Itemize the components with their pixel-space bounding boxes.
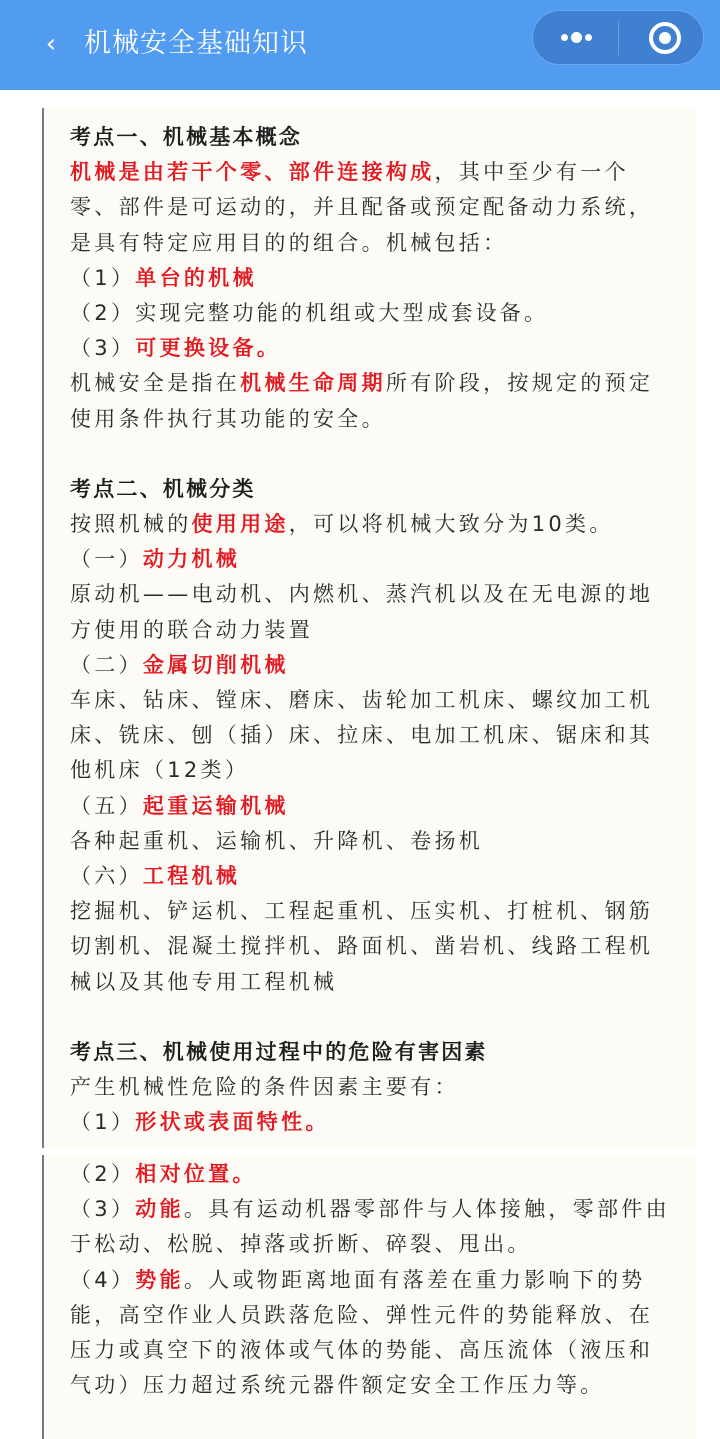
text-line: （2）相对位置。	[70, 1157, 690, 1192]
text-span: ，可以将机械大致分为10类。	[289, 512, 614, 536]
article-image-block-2: （2）相对位置。（3）动能。具有运动机器零部件与人体接触，零部件由于松动、松脱、…	[42, 1155, 696, 1439]
text-line: 按照机械的使用用途，可以将机械大致分为10类。	[70, 507, 690, 542]
text-span: 械以及其他专用工程机械	[70, 970, 337, 994]
text-line: 车床、钻床、镗床、磨床、齿轮加工机床、螺纹加工机	[70, 683, 690, 718]
text-line: 压力或真空下的液体或气体的势能、高压流体（液压和	[70, 1333, 690, 1368]
text-span: 挖掘机、铲运机、工程起重机、压实机、打桩机、钢筋	[70, 899, 653, 923]
text-span: 机械安全是指在	[70, 371, 240, 395]
text-span: （3）	[70, 1197, 135, 1221]
text-line: 气功）压力超过系统元器件额定安全工作压力等。	[70, 1368, 690, 1403]
text-span: （1）	[70, 1110, 135, 1134]
article-image-block-1: 考点一、机械基本概念机械是由若干个零、部件连接构成，其中至少有一个零、部件是可运…	[42, 108, 696, 1148]
article-text: 考点一、机械基本概念机械是由若干个零、部件连接构成，其中至少有一个零、部件是可运…	[70, 120, 690, 1140]
highlighted-text: 相对位置。	[135, 1162, 257, 1186]
text-line: 于松动、松脱、掉落或折断、碎裂、甩出。	[70, 1227, 690, 1262]
text-span: 各种起重机、运输机、升降机、卷扬机	[70, 829, 483, 853]
mini-program-capsule	[532, 10, 704, 65]
text-span: （六）	[70, 864, 143, 888]
text-span: （3）	[70, 336, 135, 360]
text-span: 考点一、机械基本概念	[70, 125, 302, 149]
text-line: （1）形状或表面特性。	[70, 1105, 690, 1140]
text-line: 机械是由若干个零、部件连接构成，其中至少有一个	[70, 155, 690, 190]
text-span: 方使用的联合动力装置	[70, 618, 313, 642]
highlighted-text: 机械是由若干个零、部件连接构成	[70, 160, 435, 184]
highlighted-text: 金属切削机械	[143, 653, 289, 677]
text-line: （一）动力机械	[70, 542, 690, 577]
text-span: （2）实现完整功能的机组或大型成套设备。	[70, 301, 548, 325]
text-span: 原动机——电动机、内燃机、蒸汽机以及在无电源的地	[70, 582, 653, 606]
text-line: 各种起重机、运输机、升降机、卷扬机	[70, 824, 690, 859]
text-span: 切割机、混凝土搅拌机、路面机、凿岩机、线路工程机	[70, 934, 653, 958]
text-line: 能，高空作业人员跌落危险、弹性元件的势能释放、在	[70, 1298, 690, 1333]
text-line: （二）金属切削机械	[70, 648, 690, 683]
text-span: 车床、钻床、镗床、磨床、齿轮加工机床、螺纹加工机	[70, 688, 653, 712]
text-span: 床、铣床、刨（插）床、拉床、电加工机床、锯床和其	[70, 723, 653, 747]
text-line: 挖掘机、铲运机、工程起重机、压实机、打桩机、钢筋	[70, 894, 690, 929]
text-line: 他机床（12类）	[70, 753, 690, 788]
text-span: 。具有运动机器零部件与人体接触，零部件由	[184, 1197, 670, 1221]
page-title: 机械安全基础知识	[84, 24, 308, 64]
text-line: 产生机械性危险的条件因素主要有：	[70, 1070, 690, 1105]
text-span: 于松动、松脱、掉落或折断、碎裂、甩出。	[70, 1232, 532, 1256]
text-line: 机械安全是指在机械生命周期所有阶段，按规定的预定	[70, 366, 690, 401]
section-heading: 考点三、机械使用过程中的危险有害因素	[70, 1035, 690, 1070]
text-line: （六）工程机械	[70, 859, 690, 894]
text-span: 按照机械的	[70, 512, 192, 536]
highlighted-text: 可更换设备。	[135, 336, 281, 360]
highlighted-text: 单台的机械	[135, 266, 257, 290]
text-span: （二）	[70, 653, 143, 677]
text-span: 所有阶段，按规定的预定	[386, 371, 653, 395]
highlighted-text: 势能	[135, 1268, 184, 1292]
text-line: 原动机——电动机、内燃机、蒸汽机以及在无电源的地	[70, 577, 690, 612]
text-line: （2）实现完整功能的机组或大型成套设备。	[70, 296, 690, 331]
text-span: 考点二、机械分类	[70, 477, 256, 501]
text-line: 零、部件是可运动的，并且配备或预定配备动力系统，	[70, 190, 690, 225]
chevron-left-icon: ‹	[46, 29, 56, 59]
highlighted-text: 工程机械	[143, 864, 240, 888]
text-line: （4）势能。人或物距离地面有落差在重力影响下的势	[70, 1263, 690, 1298]
text-span: 是具有特定应用目的的组合。机械包括：	[70, 231, 507, 255]
spacer	[70, 437, 690, 472]
navbar: ‹ 机械安全基础知识	[0, 0, 720, 90]
close-miniprogram-button[interactable]	[619, 11, 704, 64]
more-button[interactable]	[533, 11, 618, 64]
text-span: 零、部件是可运动的，并且配备或预定配备动力系统，	[70, 195, 653, 219]
highlighted-text: 使用用途	[192, 512, 289, 536]
text-line: 械以及其他专用工程机械	[70, 965, 690, 1000]
article-text: （2）相对位置。（3）动能。具有运动机器零部件与人体接触，零部件由于松动、松脱、…	[70, 1157, 690, 1403]
text-span: 他机床（12类）	[70, 758, 249, 782]
text-span: 气功）压力超过系统元器件额定安全工作压力等。	[70, 1373, 605, 1397]
text-span: 产生机械性危险的条件因素主要有：	[70, 1075, 459, 1099]
text-span: 考点三、机械使用过程中的危险有害因素	[70, 1040, 488, 1064]
text-span: （1）	[70, 266, 135, 290]
text-line: （五）起重运输机械	[70, 789, 690, 824]
highlighted-text: 动能	[135, 1197, 184, 1221]
text-span: （4）	[70, 1268, 135, 1292]
text-line: （3）动能。具有运动机器零部件与人体接触，零部件由	[70, 1192, 690, 1227]
text-span: ，其中至少有一个	[435, 160, 629, 184]
text-span: 使用条件执行其功能的安全。	[70, 407, 386, 431]
text-span: 。人或物距离地面有落差在重力影响下的势	[184, 1268, 646, 1292]
text-line: 床、铣床、刨（插）床、拉床、电加工机床、锯床和其	[70, 718, 690, 753]
text-line: （1）单台的机械	[70, 261, 690, 296]
text-span: （2）	[70, 1162, 135, 1186]
text-line: 切割机、混凝土搅拌机、路面机、凿岩机、线路工程机	[70, 929, 690, 964]
text-line: 使用条件执行其功能的安全。	[70, 402, 690, 437]
highlighted-text: 机械生命周期	[240, 371, 386, 395]
text-line: 是具有特定应用目的的组合。机械包括：	[70, 226, 690, 261]
section-heading: 考点一、机械基本概念	[70, 120, 690, 155]
highlighted-text: 起重运输机械	[143, 794, 289, 818]
highlighted-text: 形状或表面特性。	[135, 1110, 329, 1134]
text-span: 能，高空作业人员跌落危险、弹性元件的势能释放、在	[70, 1303, 653, 1327]
text-span: （五）	[70, 794, 143, 818]
highlighted-text: 动力机械	[143, 547, 240, 571]
back-button[interactable]: ‹	[38, 26, 64, 62]
spacer	[70, 1000, 690, 1035]
text-span: （一）	[70, 547, 143, 571]
text-span: 压力或真空下的液体或气体的势能、高压流体（液压和	[70, 1338, 653, 1362]
section-heading: 考点二、机械分类	[70, 472, 690, 507]
text-line: （3）可更换设备。	[70, 331, 690, 366]
text-line: 方使用的联合动力装置	[70, 613, 690, 648]
